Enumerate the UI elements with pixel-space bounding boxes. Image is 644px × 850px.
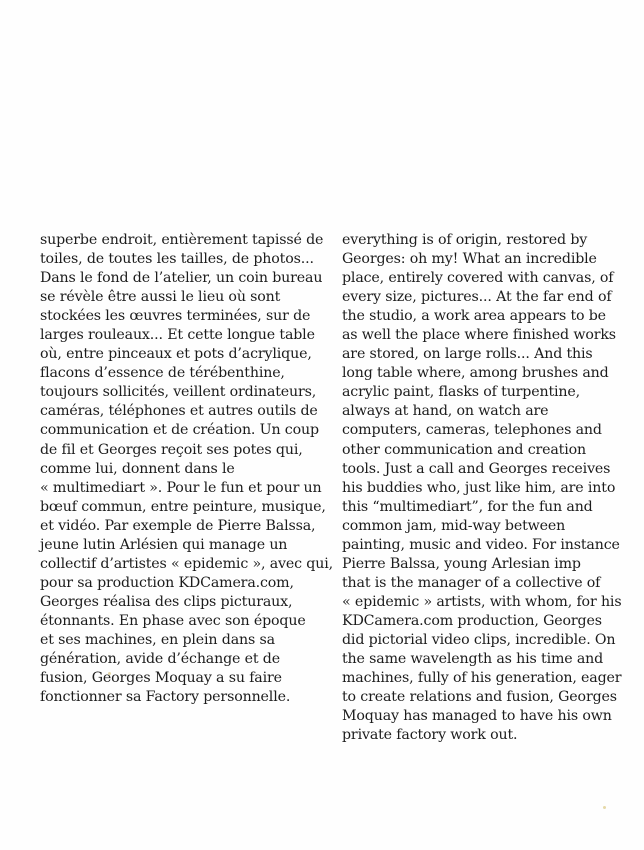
text-line: long table where, among brushes and bbox=[342, 364, 621, 383]
text-line: de fil et Georges reçoit ses potes qui, bbox=[40, 441, 333, 460]
text-line: fonctionner sa Factory personnelle. bbox=[40, 688, 333, 707]
text-line: comme lui, donnent dans le bbox=[40, 460, 333, 479]
text-line: common jam, mid-way between bbox=[342, 517, 621, 536]
text-line: this “multimediart”, for the fun and bbox=[342, 498, 621, 517]
text-line: « epidemic » artists, with whom, for his bbox=[342, 593, 621, 612]
text-line: flacons d’essence de térébenthine, bbox=[40, 364, 333, 383]
text-line: every size, pictures... At the far end o… bbox=[342, 288, 621, 307]
text-line: Moquay has managed to have his own bbox=[342, 707, 621, 726]
text-line: did pictorial video clips, incredible. O… bbox=[342, 631, 621, 650]
text-line: où, entre pinceaux et pots d’acrylique, bbox=[40, 345, 333, 364]
text-line: computers, cameras, telephones and bbox=[342, 421, 621, 440]
text-line: bœuf commun, entre peinture, musique, bbox=[40, 498, 333, 517]
text-line: painting, music and video. For instance bbox=[342, 536, 621, 555]
text-line: superbe endroit, entièrement tapissé de bbox=[40, 231, 333, 250]
text-line: fusion, Georges Moquay a su faire bbox=[40, 669, 333, 688]
text-line: et ses machines, en plein dans sa bbox=[40, 631, 333, 650]
text-line: are stored, on large rolls... And this bbox=[342, 345, 621, 364]
text-line: stockées les œuvres terminées, sur de bbox=[40, 307, 333, 326]
text-line: étonnants. En phase avec son époque bbox=[40, 612, 333, 631]
text-line: acrylic paint, flasks of turpentine, bbox=[342, 383, 621, 402]
text-line: the same wavelength as his time and bbox=[342, 650, 621, 669]
english-text-column: everything is of origin, restored byGeor… bbox=[342, 231, 621, 745]
text-line: pour sa production KDCamera.com, bbox=[40, 574, 333, 593]
text-line: everything is of origin, restored by bbox=[342, 231, 621, 250]
text-line: toujours sollicités, veillent ordinateur… bbox=[40, 383, 333, 402]
paper-speck bbox=[603, 806, 606, 809]
text-line: machines, fully of his generation, eager bbox=[342, 669, 621, 688]
text-line: génération, avide d’échange et de bbox=[40, 650, 333, 669]
text-line: toiles, de toutes les tailles, de photos… bbox=[40, 250, 333, 269]
text-line: Pierre Balssa, young Arlesian imp bbox=[342, 555, 621, 574]
paper-speck bbox=[108, 672, 111, 675]
text-line: Georges: oh my! What an incredible bbox=[342, 250, 621, 269]
scanned-page: superbe endroit, entièrement tapissé det… bbox=[0, 0, 644, 850]
text-line: Georges réalisa des clips picturaux, bbox=[40, 593, 333, 612]
text-line: communication et de création. Un coup bbox=[40, 421, 333, 440]
text-line: to create relations and fusion, Georges bbox=[342, 688, 621, 707]
text-line: « multimediart ». Pour le fun et pour un bbox=[40, 479, 333, 498]
french-text-column: superbe endroit, entièrement tapissé det… bbox=[40, 231, 333, 707]
text-line: private factory work out. bbox=[342, 726, 621, 745]
text-line: collectif d’artistes « epidemic », avec … bbox=[40, 555, 333, 574]
text-line: se révèle être aussi le lieu où sont bbox=[40, 288, 333, 307]
text-line: tools. Just a call and Georges receives bbox=[342, 460, 621, 479]
text-line: as well the place where finished works bbox=[342, 326, 621, 345]
text-line: KDCamera.com production, Georges bbox=[342, 612, 621, 631]
text-line: caméras, téléphones et autres outils de bbox=[40, 402, 333, 421]
text-line: the studio, a work area appears to be bbox=[342, 307, 621, 326]
text-line: his buddies who, just like him, are into bbox=[342, 479, 621, 498]
text-line: larges rouleaux... Et cette longue table bbox=[40, 326, 333, 345]
text-line: that is the manager of a collective of bbox=[342, 574, 621, 593]
text-line: jeune lutin Arlésien qui manage un bbox=[40, 536, 333, 555]
text-line: Dans le fond de l’atelier, un coin burea… bbox=[40, 269, 333, 288]
text-line: et vidéo. Par exemple de Pierre Balssa, bbox=[40, 517, 333, 536]
text-line: place, entirely covered with canvas, of bbox=[342, 269, 621, 288]
text-line: other communication and creation bbox=[342, 441, 621, 460]
text-line: always at hand, on watch are bbox=[342, 402, 621, 421]
